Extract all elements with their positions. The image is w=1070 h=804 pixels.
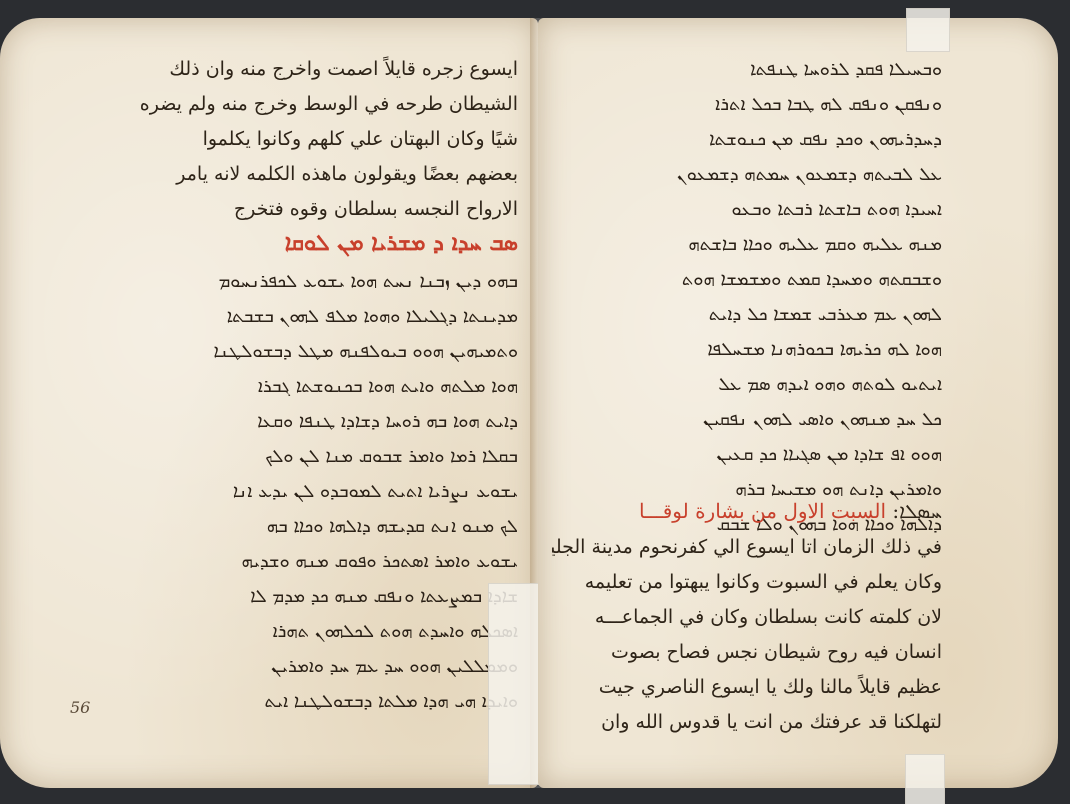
syriac-line: ܘܒܚܝܠܐ ܦܩܕ ܠܪܘܚܐ ܛܢܦܬܐ [552,52,942,87]
syriac-line: ܘܬܡܝܗܝܢ ܗܘܘ ܒܝܘܠܦܢܗ ܡܛܠ ܕܒܫܘܠܛܢܐ [110,334,518,369]
bottom-tape-tab [905,754,945,804]
syriac-line: ܒܗܘ ܕܝܢ ܙܒܢܐ ܢܚܬ ܗܘܐ ܝܫܘܥ ܠܟܦܪܢܚܘܡ [110,264,518,299]
left-rubric-block: ܣܒ ܚܕܐ ܕ ܡܫܪܝܐ ܡܢ ܠܘܩܐ [110,226,518,261]
left-syriac-block: ܒܗܘ ܕܝܢ ܙܒܢܐ ܢܚܬ ܗܘܐ ܝܫܘܥ ܠܟܦܪܢܚܘܡ ܡܕܝܢܬ… [110,264,518,719]
syriac-line: ܒܩܠܐ ܪܡܐ ܘܐܡܪ ܫܒܘܩ ܡܢܐ ܠܢ ܘܠܟ [110,439,518,474]
right-page: ܘܒܚܝܠܐ ܦܩܕ ܠܪܘܚܐ ܛܢܦܬܐ ܘܢܦܩܢ ܘܢܦܩ ܠܗ ܛܒܐ… [538,18,1058,788]
syriac-line: ܥܠ ܠܒܝܬܗ ܕܫܡܥܘܢ ܚܡܬܗ ܕܫܡܥܘܢ [552,157,942,192]
syriac-line: ܐܣܟܠܗ ܘܐܚܕܬ ܗܘܬ ܠܟܠܗܘܢ ܬܗܪܐ [110,614,518,649]
arabic-line: لتهلكنا قد عرفتك من انت يا قدوس الله وان [552,705,942,740]
right-arabic-block: في ذلك الزمان اتا ايسوع الي كفرنحوم مدين… [552,530,942,740]
left-page: ايسوع زجره قايلاً اصمت واخرج منه وان ذلك… [0,18,538,788]
right-syriac-block: ܘܒܚܝܠܐ ܦܩܕ ܠܪܘܚܐ ܛܢܦܬܐ ܘܢܦܩܢ ܘܢܦܩ ܠܗ ܛܒܐ… [552,52,942,542]
open-manuscript: ايسوع زجره قايلاً اصمت واخرج منه وان ذلك… [0,8,1070,798]
syriac-line: ܕܐܝܬ ܗܘܐ ܒܗ ܪܘܚܐ ܕܫܐܕܐ ܛܢܦܐ ܘܩܥܐ [110,404,518,439]
syriac-line: ܡܕܝܢܬܐ ܕܓܠܝܠܐ ܘܗܘܐ ܡܠܦ ܠܗܘܢ ܒܫܒܬܐ [110,299,518,334]
syriac-line: ܘܐܝܕܐ ܗܝ ܗܕܐ ܡܠܬܐ ܕܒܫܘܠܛܢܐ ܐܝܬ [110,684,518,719]
syriac-line: ܘܫܒܩܬܗ ܘܡܚܕܐ ܩܡܬ ܘܡܫܡܫܐ ܗܘܬ [552,262,942,297]
arabic-line: بعضهم بعضًا ويقولون ماهذه الكلمه لانه يا… [110,157,518,192]
syriac-line: ܘܢܦܩܢ ܘܢܦܩ ܠܗ ܛܒܐ ܒܟܠ ܐܬܪܐ [552,87,942,122]
syriac-line: ܝܫܘܥ ܢܨܪܝܐ ܐܬܝܬ ܠܡܘܒܕܘ ܠܢ ܝܕܥ ܐܢܐ [110,474,518,509]
syriac-line: ܐܝܬܝܘ ܠܘܬܗ ܘܗܘ ܐܝܕܗ ܣܡ ܥܠ [552,367,942,402]
syriac-line: ܐܚܝܕܐ ܗܘܬ ܒܐܫܬܐ ܪܒܬܐ ܘܒܥܘ [552,192,942,227]
syriac-line: ܗܘܐ ܡܠܬܗ ܘܐܝܬ ܗܘܐ ܒܟܢܘܫܬܐ ܓܒܪܐ [110,369,518,404]
rubric-prefix: ܚܣܠܐ: [892,499,942,523]
arabic-line: الشيطان طرحه في الوسط وخرج منه ولم يضره [110,87,518,122]
rubric-heading: ܣܒ ܚܕܐ ܕ ܡܫܪܝܐ ܡܢ ܠܘܩܐ [110,226,518,261]
arabic-line: وكان يعلم في السبوت وكانوا يبهتوا من تعل… [552,565,942,600]
syriac-line: ܘܡܡܠܠܝܢ ܗܘܘ ܚܕ ܥܡ ܚܕ ܘܐܡܪܝܢ [110,649,518,684]
arabic-line: لان كلمته كانت بسلطان وكان في الجماعـــه [552,600,942,635]
arabic-line: في ذلك الزمان اتا ايسوع الي كفرنحوم مدين… [552,530,942,565]
syriac-line: ܡܢܗ ܥܠܝܗ ܘܩܡ ܥܠܝܗ ܘܟܐܐ ܒܐܫܬܗ [552,227,942,262]
syriac-line: ܝܫܘܥ ܘܐܡܪ ܐܣܬܟܪ ܘܦܘܩ ܡܢܗ ܘܫܕܝܗ [110,544,518,579]
arabic-line: شيًا وكان البهتان علي كلهم وكانوا يكلموا [110,122,518,157]
page-number: 56 [70,698,90,717]
arabic-line: انسان فيه روح شيطان نجس فصاح بصوت [552,635,942,670]
syriac-line: ܫܐܕܐ ܒܡܨܥܬܐ ܘܢܦܩ ܡܢܗ ܟܕ ܡܕܡ ܠܐ [110,579,518,614]
arabic-line: الارواح النجسه بسلطان وقوه فتخرج [110,192,518,227]
rubric-heading: السبت الاول من بشارة لوقـــا [639,499,886,523]
arabic-line: عظيم قايلاً مالنا ولك يا ايسوع الناصري ج… [552,670,942,705]
syriac-line: ܗܘܘ ܐܦ ܫܐܕܐ ܡܢ ܣܓܝܐܐ ܟܕ ܩܥܝܢ [552,437,942,472]
syriac-line: ܠܗܘܢ ܥܡ ܡܥܪܒܝ ܫܡܫܐ ܟܠ ܕܐܝܬ [552,297,942,332]
syriac-line: ܕܚܕܪܝܗܘܢ ܘܟܕ ܢܦܩ ܡܢ ܟܢܘܫܬܐ [552,122,942,157]
top-tape-tab [906,8,950,52]
syriac-line: ܠܟ ܡܢܘ ܐܢܬ ܩܕܝܫܗ ܕܐܠܗܐ ܘܟܐܐ ܒܗ [110,509,518,544]
syriac-line: ܗܘܐ ܠܗ ܟܪܝܗܐ ܒܟܘܪܗܢܐ ܡܫܚܠܦܐ [552,332,942,367]
left-arabic-block: ايسوع زجره قايلاً اصمت واخرج منه وان ذلك… [110,52,518,227]
syriac-line: ܟܠ ܚܕ ܡܢܗܘܢ ܘܐܣܝ ܠܗܘܢ ܢܦܩܝܢ [552,402,942,437]
right-rubric-block: ܚܣܠܐ: السبت الاول من بشارة لوقـــا [552,494,942,529]
arabic-line: ايسوع زجره قايلاً اصمت واخرج منه وان ذلك [110,52,518,87]
